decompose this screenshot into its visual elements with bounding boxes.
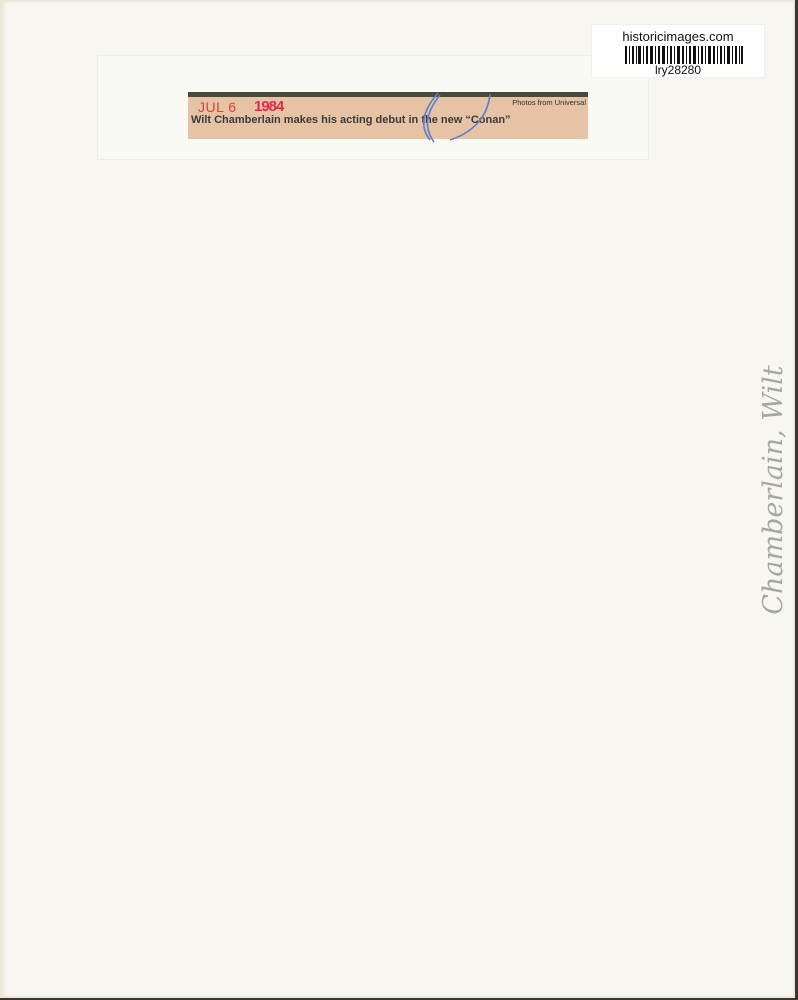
date-stamp: JUL 6 [198, 99, 237, 115]
handwritten-name: Chamberlain, Wilt [758, 320, 798, 660]
label-site: historicimages.com [592, 29, 764, 44]
clipping-torn-edge [188, 92, 588, 97]
label-code: lry28280 [592, 63, 764, 77]
newspaper-clipping: JUL 6 1984 Photos from Universal Wilt Ch… [188, 92, 588, 139]
year-stamp: 1984 [254, 98, 283, 115]
barcode-icon [625, 46, 743, 64]
archive-label: historicimages.com lry28280 [591, 24, 765, 78]
pen-mark-icon [410, 90, 500, 145]
photo-credit: Photos from Universal [512, 98, 586, 107]
